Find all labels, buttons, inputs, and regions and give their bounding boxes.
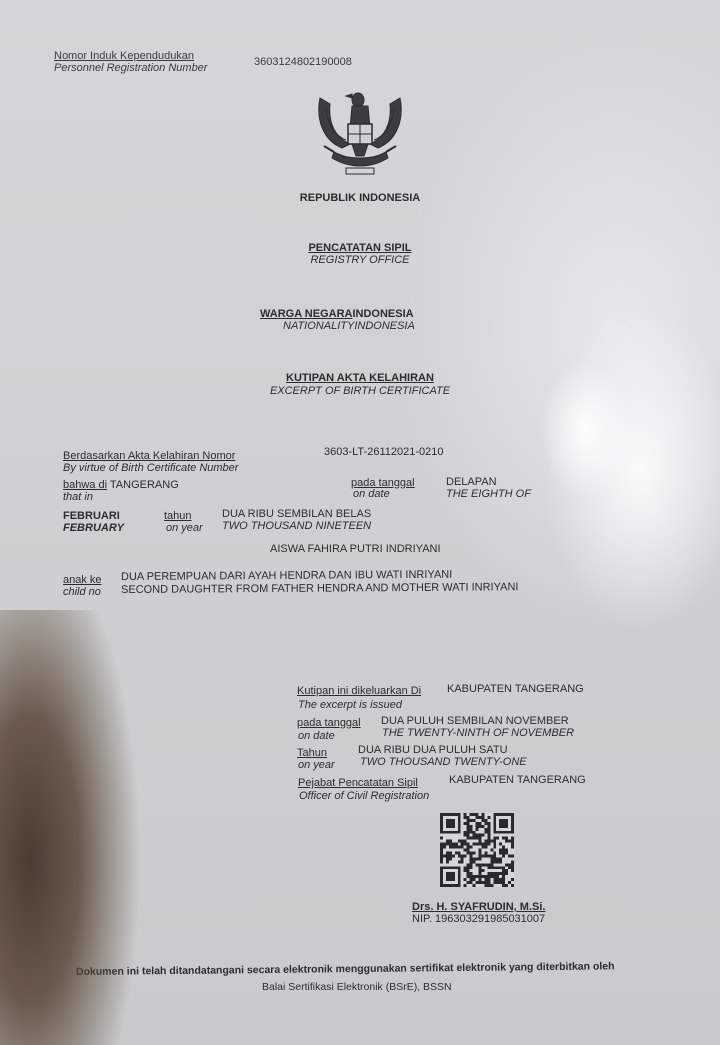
qr-code-icon: [440, 812, 514, 888]
document-title: KUTIPAN AKTA KELAHIRAN: [0, 372, 720, 384]
birth-year-label: tahun: [164, 510, 192, 522]
nationality-value: INDONESIA: [352, 308, 413, 320]
office-label: PENCATATAN SIPIL: [0, 242, 720, 254]
nik-label: Nomor Induk Kependudukan: [54, 50, 194, 62]
nationality-label: WARGA NEGARA: [260, 308, 352, 320]
cert-number-label: Berdasarkan Akta Kelahiran Nomor: [63, 450, 235, 462]
birth-year-label-en: on year: [166, 522, 203, 534]
nationality-label-en: NATIONALITY: [283, 320, 354, 332]
officer-label: Pejabat Pencatatan Sipil: [298, 777, 418, 789]
republic-caption: REPUBLIK INDONESIA: [0, 192, 720, 204]
signatory-nip: NIP. 196303291985031007: [412, 913, 545, 925]
signatory-name: Drs. H. SYAFRUDIN, M.Si.: [412, 901, 545, 913]
document-title-en: EXCERPT OF BIRTH CERTIFICATE: [0, 385, 720, 397]
child-no-label-en: child no: [63, 586, 101, 598]
nationality-value-en: INDONESIA: [354, 320, 415, 332]
child-name: AISWA FAHIRA PUTRI INDRIYANI: [270, 543, 441, 555]
issue-date-label: pada tanggal: [297, 717, 361, 729]
issue-year-label: Tahun: [297, 747, 327, 759]
officer-label-en: Officer of Civil Registration: [299, 790, 429, 802]
garuda-emblem-icon: [312, 88, 408, 180]
birth-day-value: DELAPAN: [446, 476, 497, 488]
place-label: bahwa di: [63, 479, 107, 491]
child-no-label: anak ke: [63, 574, 102, 586]
issue-year-label-en: on year: [298, 759, 335, 771]
nik-value: 3603124802190008: [254, 56, 352, 68]
place-label-en: that in: [63, 491, 93, 503]
issued-value: KABUPATEN TANGERANG: [447, 683, 584, 695]
nik-label-en: Personnel Registration Number: [54, 62, 207, 74]
birth-day-value-en: THE EIGHTH OF: [446, 488, 531, 500]
issue-year-value: DUA RIBU DUA PULUH SATU: [358, 744, 508, 756]
officer-value: KABUPATEN TANGERANG: [449, 774, 586, 786]
birth-year-value: DUA RIBU SEMBILAN BELAS: [222, 508, 371, 520]
child-no-value: DUA PEREMPUAN DARI AYAH HENDRA DAN IBU W…: [121, 569, 452, 583]
office-label-en: REGISTRY OFFICE: [0, 254, 720, 266]
birth-month-value-en: FEBRUARY: [63, 522, 124, 534]
issued-label-en: The excerpt is issued: [298, 699, 402, 711]
place-value: TANGERANG: [110, 479, 179, 491]
birth-date-label-en: on date: [353, 488, 390, 500]
issue-date-label-en: on date: [298, 730, 335, 742]
birth-year-value-en: TWO THOUSAND NINETEEN: [222, 520, 371, 532]
issue-date-value-en: THE TWENTY-NINTH OF NOVEMBER: [382, 727, 574, 739]
cert-number-label-en: By virtue of Birth Certificate Number: [63, 462, 238, 474]
birth-month-value: FEBRUARI: [63, 510, 120, 522]
issue-year-value-en: TWO THOUSAND TWENTY-ONE: [360, 756, 527, 768]
issue-date-value: DUA PULUH SEMBILAN NOVEMBER: [381, 715, 569, 727]
footer-line-2: Balai Sertifikasi Elektronik (BSrE), BSS…: [262, 981, 452, 993]
cert-number-value: 3603-LT-26112021-0210: [324, 446, 443, 458]
issued-label: Kutipan ini dikeluarkan Di: [297, 685, 421, 697]
